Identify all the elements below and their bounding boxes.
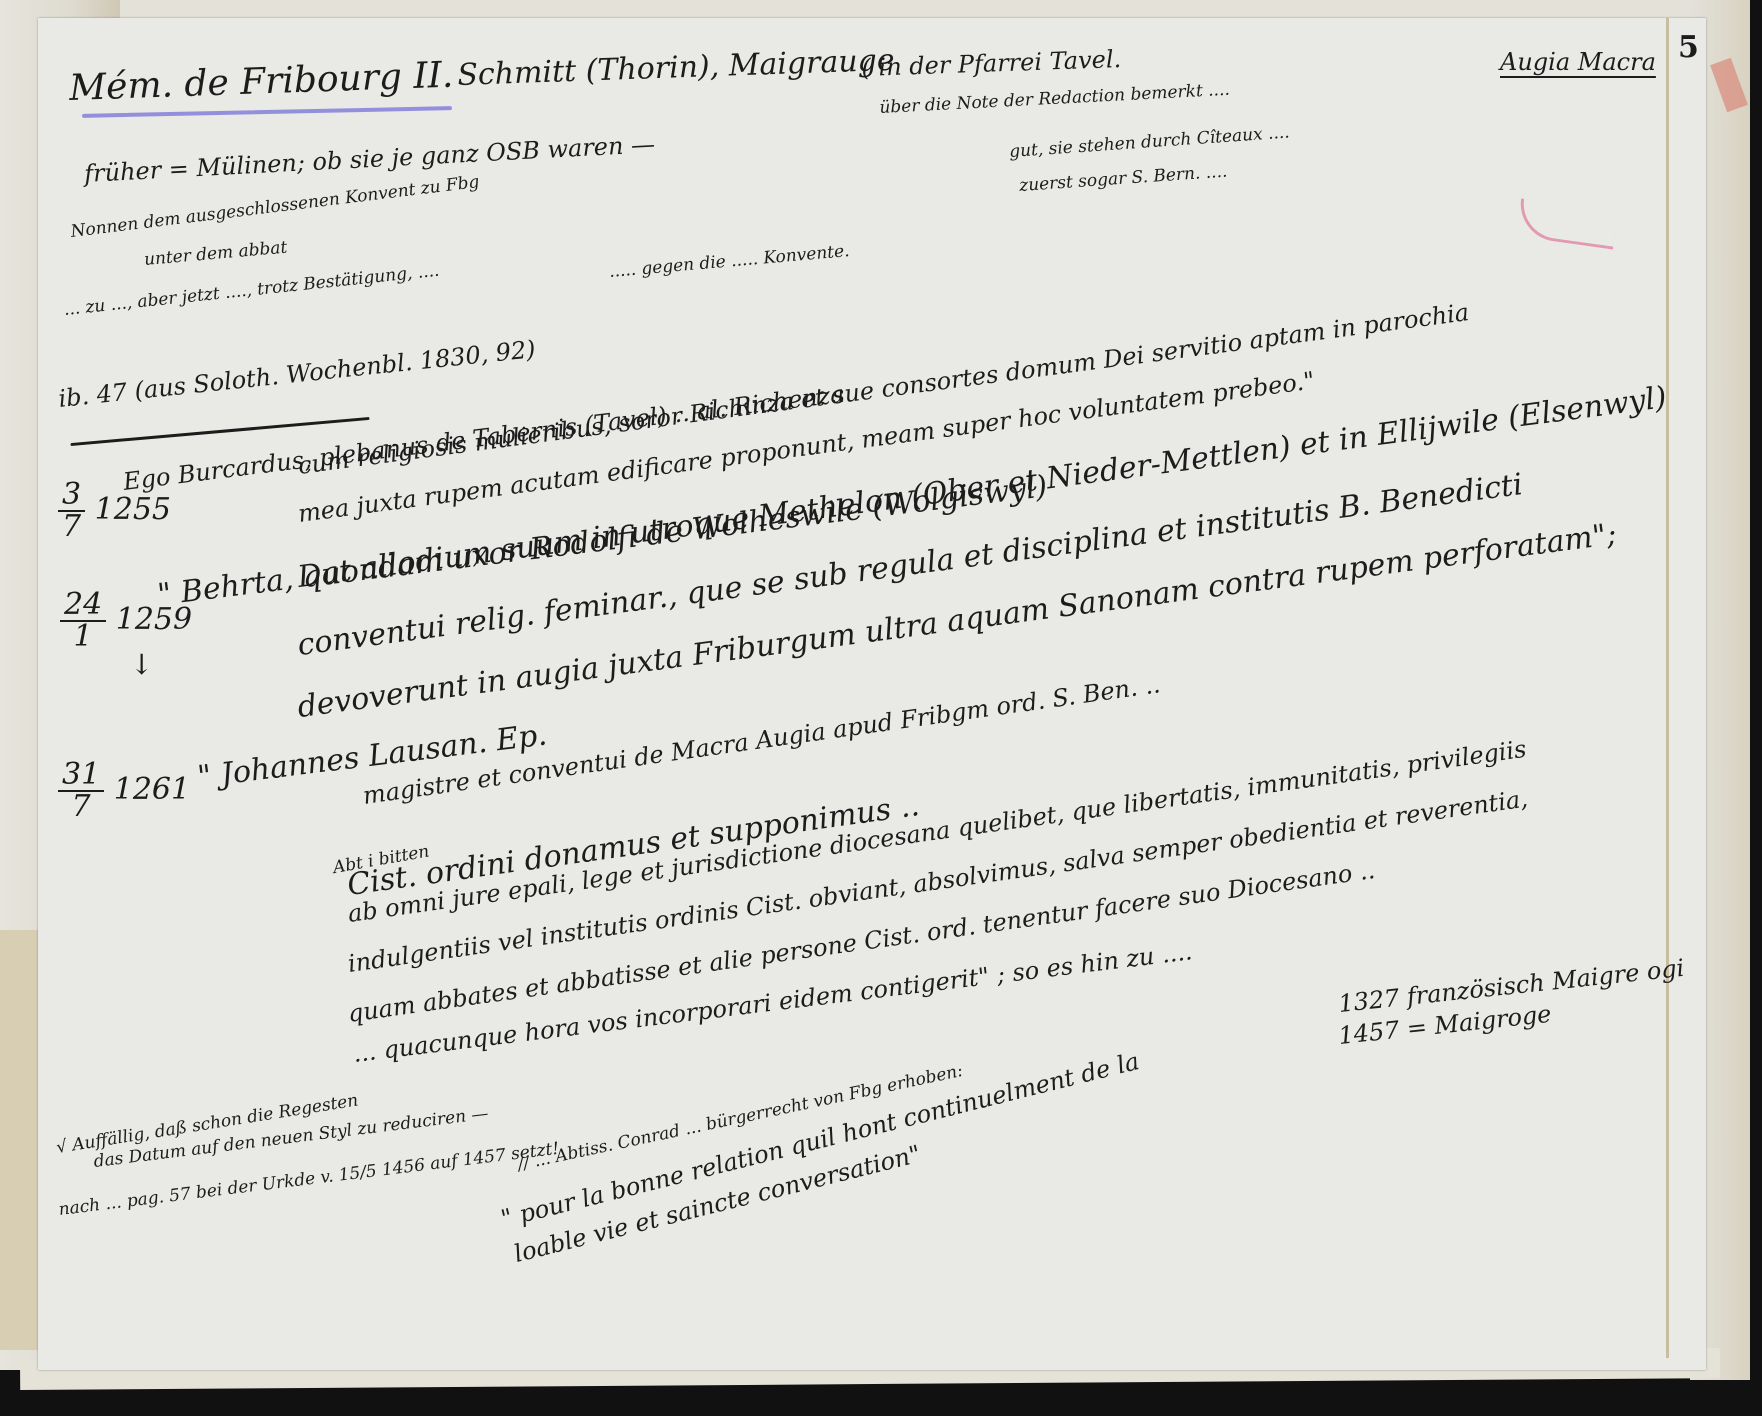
down-arrow-icon: ↓	[130, 648, 153, 681]
header-right-label: Augia Macra	[1500, 48, 1656, 76]
page-number: 5	[1678, 30, 1699, 65]
page-edge	[1666, 18, 1669, 1358]
entry-3-date: 317 1261	[58, 760, 190, 822]
